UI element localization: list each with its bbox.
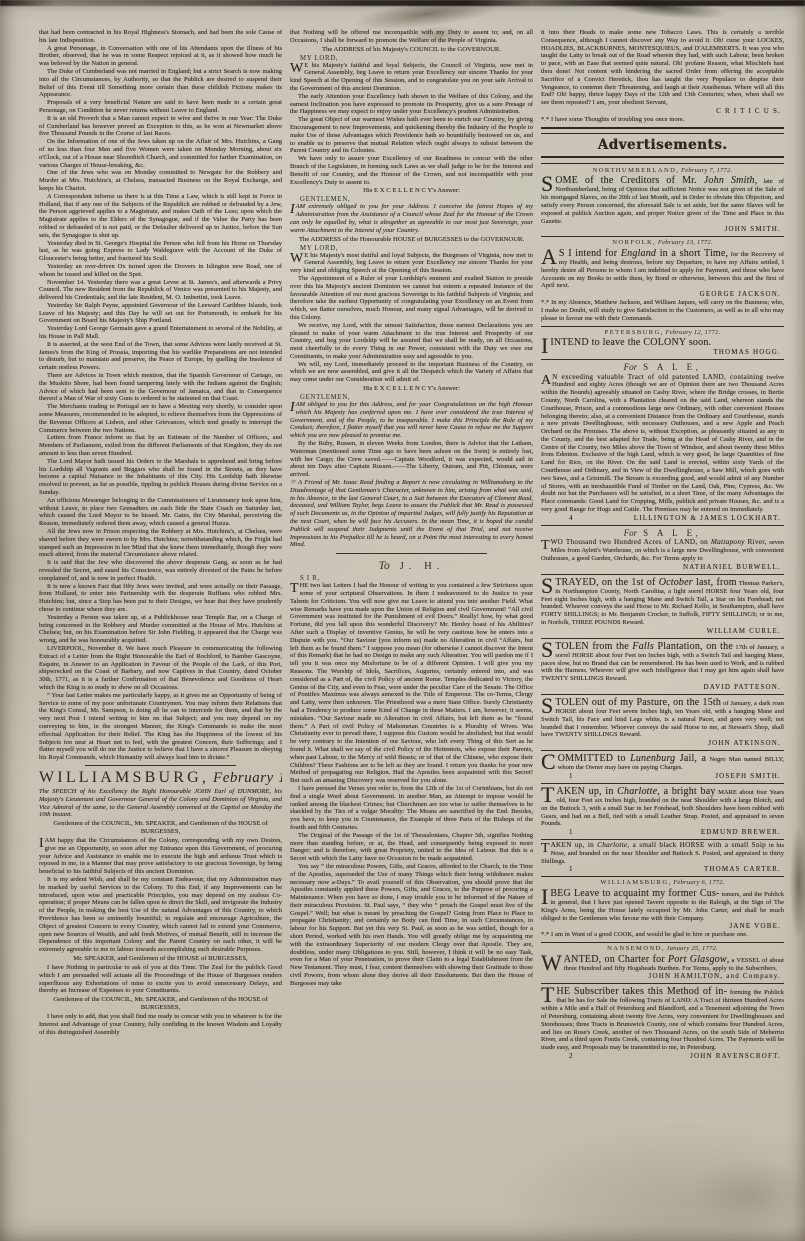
news-paragraph: Letters from France inform us that by an… [39, 434, 282, 457]
news-paragraph: Yesterday Lord George Germain gave a gra… [39, 325, 282, 341]
news-paragraph: WE his Majesty's faithful and loyal Subj… [290, 62, 533, 93]
lead-text: TOLEN out of my Pasture, on the 15th [555, 697, 721, 708]
drop-cap: S [541, 641, 555, 658]
news-paragraph: THE two last Letters I had the Honour of… [290, 582, 533, 785]
drop-cap: A [541, 248, 559, 265]
section-heading: The ADDRESS of the Honourable HOUSE of B… [290, 236, 533, 244]
italic-text: Mattapony [711, 538, 745, 546]
sale-word: S A L E, [643, 362, 701, 372]
lead-text: TRAYED, on the 1st of [555, 577, 658, 588]
section-heading: His E X C E L L E N C Y's Answer: [290, 385, 533, 393]
lead-text: ANTED, on Charter for [564, 954, 668, 965]
drop-cap: I [39, 837, 45, 849]
dateline: PETERSBURG, February 12, 1772. [541, 329, 784, 336]
news-paragraph: Yesterday Sir Ralph Payne, appointed Gov… [39, 302, 282, 325]
ad-lead: OME of the Creditors of Mr. John Smith, [555, 175, 757, 186]
news-paragraph: The Duke of Cumberland was not married i… [39, 68, 282, 99]
drop-cap: T [541, 986, 556, 1003]
news-paragraph: that Nothing will be offered me incompat… [290, 29, 533, 45]
ad-lead: BEG Leave to acquaint my former Cus- [550, 888, 719, 899]
ad-lead: OMMITTED to Lunenburg Jail, a [558, 753, 706, 764]
ad-lead: S I intend for England in a short Time, [559, 248, 728, 259]
news-paragraph: The great Object of our warmest Wishes h… [290, 116, 533, 155]
printer-mark: 1 [569, 865, 573, 873]
signature: C R I T I C U S. [541, 107, 781, 115]
ad-lead: HE Subscriber takes this Method of in- [556, 986, 727, 997]
signature: JOHN SMITH. [541, 225, 781, 233]
sale-word: S A L E, [643, 528, 701, 538]
advertisement-paragraph: AN exceeding valuable Tract of old paten… [541, 374, 784, 514]
signature: 1JOSEPH SMITH. [541, 772, 781, 780]
section-heading: His E X C E L L E N C Y's Answer: [290, 187, 533, 195]
lead-text: , [727, 954, 730, 965]
printer-mark: 1 [569, 828, 573, 836]
news-paragraph: There are Advices in Town which mention,… [39, 372, 282, 403]
lead-text: HE Subscriber takes this Method of in- [556, 986, 727, 997]
news-paragraph: that had been contracted in his Royal Hi… [39, 29, 282, 45]
drop-cap: W [541, 954, 564, 971]
williamsburg-heading: WILLIAMSBURG, February 13. [39, 769, 282, 787]
dateline-place: WILLIAMSBURG, [600, 879, 671, 886]
horizontal-rule [541, 638, 784, 639]
italic-text: Lunenburg [630, 753, 675, 764]
for-word: For [624, 362, 638, 372]
lead-text: WO Thousand two Hundred Acres of LAND, o… [551, 538, 711, 546]
italic-text: Falls [632, 641, 654, 652]
news-paragraph: The early Attention your Excellency hath… [290, 93, 533, 116]
ad-lead: ANTED, on Charter for Port Glasgow, [564, 954, 730, 965]
dateline-date: January 25, 1772. [667, 945, 718, 952]
ad-lead: INTEND to leave the COLONY soon. [550, 337, 711, 348]
news-paragraph: A great Personage, in Conversation with … [39, 45, 282, 68]
signature: 4LILLINGTON & JAMES LOCKHART. [541, 514, 781, 522]
dateline-date: February 12, 1772. [665, 329, 720, 336]
news-paragraph: ☞ A Friend of Mr. Isaac Read finding a R… [290, 479, 533, 549]
italic-text: Charlotte [597, 841, 627, 849]
news-paragraph: It is now a known Fact that fifty Jews w… [39, 583, 282, 614]
italic-text: October [659, 577, 693, 588]
advertisements-header: Advertisements. [541, 137, 784, 153]
section-heading: Gentlemen of the COUNCIL, Mr. SPEAKER, a… [39, 820, 282, 836]
news-paragraph: Proposals of a very beneficial Nature ar… [39, 99, 282, 115]
section-heading: The ADDRESS of his Majesty's COUNCIL to … [290, 46, 533, 54]
news-paragraph: We will, my Lord, immediately proceed to… [290, 361, 533, 384]
lead-text: OMMITTED to [558, 753, 630, 764]
horizontal-rule [541, 942, 784, 943]
drop-cap: W [290, 252, 304, 264]
drop-cap: W [290, 62, 304, 74]
italic-text: England [621, 248, 656, 259]
news-paragraph: Yesterday died in St. George's Hospital … [39, 240, 282, 263]
drop-cap: S [541, 577, 555, 594]
dateline-date: February 13, 1772. [658, 239, 713, 246]
dateline-date: February 7, 1772. [681, 167, 732, 174]
advertisement-paragraph: THE Subscriber takes this Method of in- … [541, 986, 784, 1052]
news-paragraph: Yesterday an over-driven Ox turned upon … [39, 263, 282, 279]
news-paragraph: The Appointment of a Ruler of your Lords… [290, 275, 533, 322]
news-paragraph: IAM happy that the Circumstances of the … [39, 837, 282, 876]
double-rule [541, 156, 784, 164]
torn-top-edge [0, 0, 805, 6]
horizontal-rule [541, 750, 784, 751]
column-1: that had been contracted in his Royal Hi… [39, 29, 282, 1241]
printer-mark: 1 [569, 772, 573, 780]
dateline-place: NORFOLK, [612, 239, 656, 246]
news-paragraph: Yesterday a Person was taken up, at a Pu… [39, 614, 282, 645]
horizontal-rule [541, 694, 784, 695]
lead-text: OME of the Creditors of Mr. [555, 175, 704, 186]
dateline-date: February 6, 1772. [673, 879, 724, 886]
news-paragraph: The Original of the Passage of the 1st o… [290, 832, 533, 863]
advertisement-paragraph: COMMITTED to Lunenburg Jail, a Negro Man… [541, 753, 784, 772]
printer-mark: 2 [569, 1052, 573, 1060]
italic-text: Port Glasgow [668, 954, 727, 965]
signature: WILLIAM CURLE. [541, 627, 781, 635]
drop-cap: T [541, 786, 556, 803]
printer-mark: 4 [569, 514, 573, 522]
news-paragraph: WE his Majesty's most dutiful and loyal … [290, 252, 533, 275]
news-paragraph: By the Ruby, Russen, in eleven Weeks fro… [290, 440, 533, 479]
news-paragraph: LIVERPOOL, November 8. We have much Plea… [39, 645, 282, 692]
ad-lead: TOLEN out of my Pasture, on the 15th [555, 697, 721, 708]
news-paragraph: It is an old Proverb that a Man cannot e… [39, 115, 282, 138]
signature: NATHANIEL BURWELL. [541, 563, 781, 571]
horizontal-rule [541, 839, 784, 840]
news-paragraph: It is said that the Jew who discovered t… [39, 559, 282, 582]
italic-text: Charlotte [617, 786, 657, 797]
signature: 2JOHN RAVENSCROFT. [541, 1052, 781, 1060]
news-paragraph: “ Your last Letter makes me particularly… [39, 692, 282, 762]
dateline: WILLIAMSBURG, February 6, 1772. [541, 879, 784, 886]
ad-lead: TRAYED, on the 1st of October last, from [555, 577, 737, 588]
news-paragraph: IAM obliged to you for this Address, and… [290, 401, 533, 440]
italic-text: John Smith, [704, 175, 758, 186]
news-paragraph: It is asserted, at the west End of the T… [39, 341, 282, 372]
advertisement-paragraph: TAKEN up, in Charlotte, a bright bay MAR… [541, 786, 784, 828]
printer-note: *.* I am in Want of a good COOK, and wou… [541, 931, 784, 939]
ad-lead: AKEN up, in Charlotte, a small black HOR… [551, 841, 767, 849]
advertisement-paragraph: STOLEN out of my Pasture, on the 15th of… [541, 697, 784, 739]
drop-cap: T [290, 582, 300, 594]
dateline-place: NANSEMOND, [607, 945, 665, 952]
news-paragraph: The Merchants trading to Portugal are to… [39, 403, 282, 434]
horizontal-rule [541, 983, 784, 984]
news-paragraph: it into their Heads to make some new Tob… [541, 29, 784, 107]
news-paragraph: You say “ the miraculous Powers, Gifts, … [290, 863, 533, 988]
news-paragraph: I have only to add, that you shall find … [39, 1013, 282, 1036]
horizontal-rule [336, 553, 487, 554]
signature: 1EDMUND BREWER. [541, 828, 781, 836]
heading-place: WILLIAMSBURG, [39, 769, 209, 786]
section-heading: Mr. SPEAKER, and Gentlemen of the HOUSE … [39, 955, 282, 963]
horizontal-rule [541, 876, 784, 877]
ink-stain [595, 0, 726, 24]
signature: JOHN ATKINSON. [541, 739, 781, 747]
lead-text: last, from [693, 577, 737, 588]
lead-text: , a bright bay [657, 786, 715, 797]
to-word: To [379, 560, 390, 572]
column-2: that Nothing will be offered me incompat… [290, 29, 533, 1241]
lead-text: BEG Leave to acquaint my former Cus- [550, 888, 719, 899]
advertisement-paragraph: WANTED, on Charter for Port Glasgow, a V… [541, 954, 784, 973]
news-paragraph: I have Nothing in particular to ask of y… [39, 964, 282, 995]
double-rule [541, 127, 784, 135]
drop-cap: S [541, 697, 555, 714]
dateline-place: PETERSBURG, [605, 329, 664, 336]
signature: JANE VOBE. [541, 922, 781, 930]
lead-text: in a short Time, [656, 248, 728, 259]
section-heading: Gentlemen of the COUNCIL, Mr. SPEAKER, a… [39, 996, 282, 1012]
dateline: NANSEMOND, January 25, 1772. [541, 945, 784, 952]
addressee: J. H. [400, 561, 445, 572]
lead-text: Jail, a [675, 753, 706, 764]
edge-stain [790, 826, 805, 941]
for-sale-heading: ForS A L E, [541, 528, 784, 538]
news-paragraph: A Correspondent informs us there is at t… [39, 193, 282, 240]
for-word: For [624, 528, 638, 538]
lead-text: TOLEN from the [555, 641, 632, 652]
news-paragraph: All the Jews now in Prison respecting th… [39, 528, 282, 559]
news-paragraph: One of the Jews who was on Monday commit… [39, 169, 282, 192]
news-paragraph: We receive, my Lord, with the utmost Sat… [290, 322, 533, 361]
horizontal-rule [541, 525, 784, 526]
drop-cap: T [541, 539, 551, 551]
advertisement-paragraph: IBEG Leave to acquaint my former Cus- to… [541, 888, 784, 922]
advertisement-paragraph: SOME of the Creditors of Mr. John Smith,… [541, 175, 784, 225]
drop-cap: I [541, 888, 550, 905]
advertisement-paragraph: IINTEND to leave the COLONY soon. [541, 337, 784, 348]
drop-cap: I [541, 337, 550, 354]
news-paragraph: The SPEECH of his Excellency the Right H… [39, 788, 282, 819]
advertisement-paragraph: AS I intend for England in a short Time,… [541, 248, 784, 290]
drop-cap: T [541, 842, 551, 854]
advertisement-paragraph: TAKEN up, in Charlotte, a small black HO… [541, 842, 784, 865]
lead-text: River, [745, 538, 767, 546]
horizontal-rule [541, 359, 784, 360]
dateline: NORTHUMBERLAND, February 7, 1772. [541, 167, 784, 174]
salutation: MY LORD, [290, 245, 533, 252]
lead-text: INTEND to leave the COLONY soon. [550, 337, 711, 348]
to-jh-heading: ToJ. H. [290, 556, 533, 574]
horizontal-rule [541, 326, 784, 327]
signature: THOMAS HOGG. [541, 348, 781, 356]
horizontal-rule [541, 236, 784, 237]
ad-lead: N exceeding valuable Tract of old patent… [552, 373, 763, 381]
news-paragraph: The Lord Mayor hath issued his Orders to… [39, 458, 282, 497]
drop-cap: C [541, 753, 558, 770]
ad-lead: WO Thousand two Hundred Acres of LAND, o… [551, 538, 767, 546]
horizontal-rule [541, 783, 784, 784]
horizontal-rule [541, 574, 784, 575]
drop-cap: I [290, 401, 296, 413]
dateline-place: NORTHUMBERLAND, [593, 167, 680, 174]
lead-text: AKEN up, in [551, 841, 598, 849]
lead-text: , a small black HORSE with a small Snip [627, 841, 766, 849]
newspaper-page-scan: that had been contracted in his Royal Hi… [0, 0, 805, 1241]
drop-cap: I [290, 203, 296, 215]
column-3: it into their Heads to make some new Tob… [541, 29, 784, 1241]
lead-text: AKEN up, in [556, 786, 617, 797]
dateline: NORFOLK, February 13, 1772. [541, 239, 784, 246]
lead-text: N exceeding valuable Tract of old patent… [552, 373, 763, 381]
heading-date: February 13. [213, 770, 282, 786]
news-paragraph: An officious Messenger belonging to the … [39, 497, 282, 528]
news-paragraph: I have perused the Verses you refer to, … [290, 785, 533, 832]
for-sale-heading: ForS A L E, [541, 362, 784, 372]
news-paragraph: It is my ardent Wish, and shall be my co… [39, 876, 282, 954]
lead-text: Plantation, on the [654, 641, 733, 652]
printer-note: *.* In my Absence, Matthew Jackson, and … [541, 299, 784, 322]
news-paragraph: IAM extremely obliged to you for your Ad… [290, 203, 533, 234]
drop-cap: S [541, 175, 555, 192]
news-paragraph: November 14. Yesterday there was a great… [39, 279, 282, 302]
signature: 1THOMAS CARTER. [541, 865, 781, 873]
salutation: MY LORD, [290, 55, 533, 62]
news-paragraph: We have only to assure your Excellency o… [290, 155, 533, 186]
ad-lead: TOLEN from the Falls Plantation, on the [555, 641, 733, 652]
drop-cap: A [541, 374, 552, 386]
lead-text: S I intend for [559, 248, 621, 259]
signature: DAVID PATTESON. [541, 683, 781, 691]
printer-note: *.* I have some Thoughts of troubling yo… [541, 116, 784, 124]
advertisement-paragraph: TWO Thousand two Hundred Acres of LAND, … [541, 539, 784, 562]
advertisement-paragraph: STRAYED, on the 1st of October last, fro… [541, 577, 784, 627]
signature: GEORGE JACKSON. [541, 290, 781, 298]
advertisement-paragraph: STOLEN from the Falls Plantation, on the… [541, 641, 784, 683]
news-paragraph: On the Information of one of the Jews ta… [39, 138, 282, 169]
signature: JOHN HAMILTON, and Company. [541, 972, 781, 980]
ad-lead: AKEN up, in Charlotte, a bright bay [556, 786, 715, 797]
horizontal-rule [85, 765, 236, 766]
